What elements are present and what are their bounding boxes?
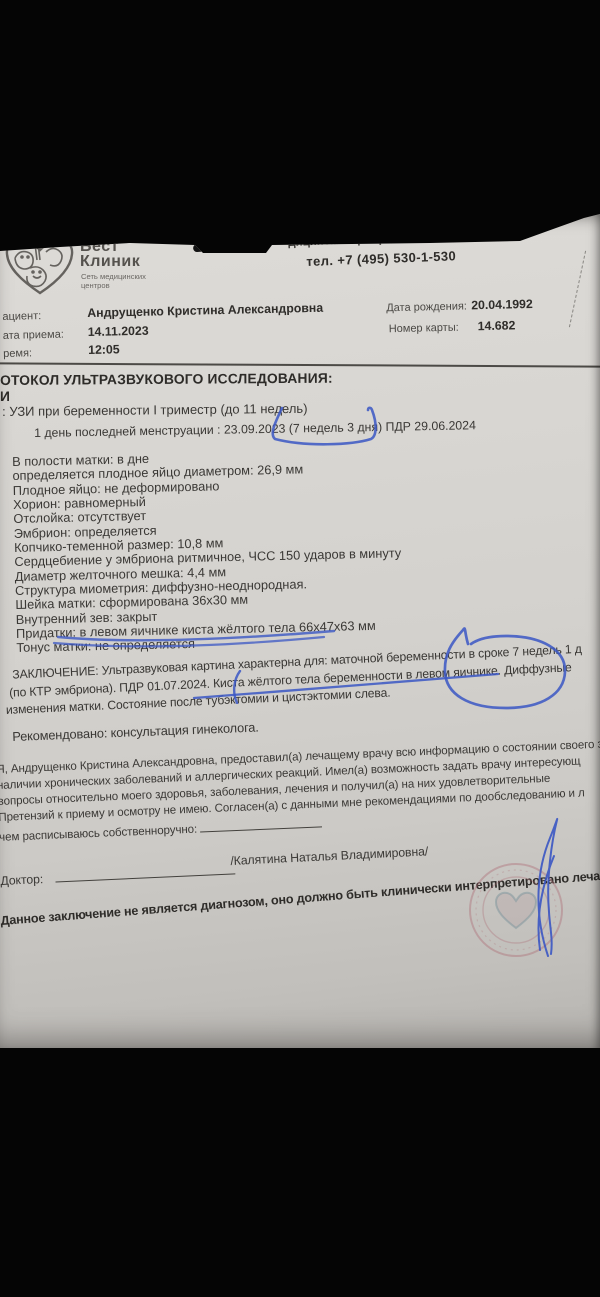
time-label: ремя: xyxy=(3,347,32,360)
doctor-printed-name: /Калятина Наталья Владимировна/ xyxy=(230,843,429,869)
exam-type-line: : УЗИ при беременности I триместр (до 11… xyxy=(2,401,308,419)
visit-date-value: 14.11.2023 xyxy=(88,324,149,339)
paper-top-edge-line xyxy=(205,217,523,226)
document-paper: Бест Клиник Сеть медицинских центров диц… xyxy=(0,212,600,1048)
exam-label-cut: И xyxy=(0,389,10,404)
patient-signature-line xyxy=(200,816,322,832)
card-number-label: Номер карты: xyxy=(389,322,459,336)
findings-block: В полости матки: в дне определяется плод… xyxy=(12,446,403,656)
birth-date-label: Дата рождения: xyxy=(386,300,467,314)
paper-top-dark-wedge xyxy=(193,238,271,253)
doctor-row: Доктор: xyxy=(0,861,236,890)
patient-name: Андрущенко Кристина Александровна xyxy=(87,301,323,320)
doctor-label: Доктор: xyxy=(0,872,43,888)
patient-info-block: ациент: Андрущенко Кристина Александровн… xyxy=(0,212,600,362)
header-divider xyxy=(0,362,600,367)
patient-label: ациент: xyxy=(2,310,41,323)
pen-annotation-circle xyxy=(438,620,578,720)
birth-date-value: 20.04.1992 xyxy=(471,297,533,312)
lmp-line: 1 день последней менструации : 23.09.202… xyxy=(34,418,476,440)
protocol-title: ОТОКОЛ УЛЬТРАЗВУКОВОГО ИССЛЕДОВАНИЯ: xyxy=(0,371,333,388)
visit-date-label: ата приема: xyxy=(3,329,64,342)
pen-annotation-adnexa-underline xyxy=(52,626,342,650)
card-number-value: 14.682 xyxy=(478,318,516,333)
doctor-signature-line xyxy=(55,863,235,882)
doctor-signature xyxy=(500,810,572,962)
recommendation-line: Рекомендовано: консультация гинеколога. xyxy=(12,719,259,746)
pen-annotation-weeks-bracket xyxy=(266,406,384,452)
time-value: 12:05 xyxy=(88,342,120,357)
photo-screenshot: Бест Клиник Сеть медицинских центров диц… xyxy=(0,0,600,1297)
consent-sign-label: чем расписываюсь собственноручно: xyxy=(0,823,197,844)
pen-annotation-cyst-bracket xyxy=(230,670,246,704)
